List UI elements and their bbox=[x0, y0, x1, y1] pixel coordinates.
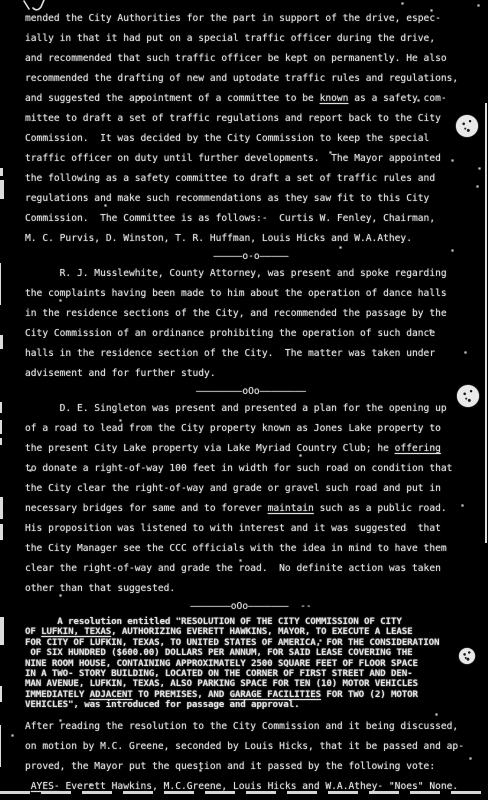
text-line: the present City Lake property via Lake … bbox=[25, 439, 477, 459]
text-line: clear the right-of-way and grade the roa… bbox=[25, 559, 477, 579]
film-edge-mark bbox=[0, 725, 1, 767]
separator: ————————oOo———————— bbox=[25, 384, 477, 399]
film-edge-mark bbox=[0, 335, 3, 349]
paragraph: R. J. Musslewhite, County Attorney, was … bbox=[25, 264, 477, 384]
paragraph: After reading the resolution to the City… bbox=[25, 717, 477, 797]
film-edge-mark bbox=[0, 524, 3, 540]
document-page: mended the City Authorities for the part… bbox=[0, 0, 488, 800]
text-line: Commission. It was decided by the City C… bbox=[25, 129, 477, 149]
text-line: halls in the residence section of the Ci… bbox=[25, 344, 477, 364]
punch-hole bbox=[459, 648, 475, 664]
text-line: advisement and for further study. bbox=[25, 364, 477, 384]
film-noise-specks bbox=[0, 0, 1, 1]
film-edge-mark bbox=[0, 617, 4, 645]
text-line: other than that suggested. bbox=[25, 579, 477, 599]
film-edge-mark bbox=[0, 420, 2, 434]
paragraph: mended the City Authorities for the part… bbox=[25, 9, 477, 249]
text-line: R. J. Musslewhite, County Attorney, was … bbox=[25, 264, 477, 284]
text-line: to donate a right-of-way 100 feet in wid… bbox=[25, 459, 477, 479]
text-line: of a road to lead from the City property… bbox=[25, 419, 477, 439]
text-line: VEHICLES", was introduced for passage an… bbox=[25, 700, 477, 710]
punch-hole bbox=[456, 115, 478, 137]
text-line: His proposition was listened to with int… bbox=[25, 519, 477, 539]
paragraph: D. E. Singleton was present and presente… bbox=[25, 399, 477, 599]
text-line: City Commission of an ordinance prohibit… bbox=[25, 324, 477, 344]
text-line: ially in that it had put on a special tr… bbox=[25, 29, 477, 49]
text-line: traffic officer on duty until further de… bbox=[25, 149, 477, 169]
text-line: the City Manager see the CCC officials w… bbox=[25, 539, 477, 559]
film-edge-mark bbox=[0, 686, 2, 702]
text-line: regulations and make such recommendation… bbox=[25, 189, 477, 209]
punch-hole bbox=[457, 385, 479, 407]
text-line: recommended the drafting of new and upto… bbox=[25, 69, 477, 89]
text-line: necessary bridges for same and to foreve… bbox=[25, 499, 477, 519]
text-line: the City clear the right-of-way and grad… bbox=[25, 479, 477, 499]
separator: —————o-o————— bbox=[25, 249, 477, 264]
text-line: the following as a safety committee to d… bbox=[25, 169, 477, 189]
text-line: the complaints having been made to him a… bbox=[25, 284, 477, 304]
separator: ———————oOo——————— -- bbox=[25, 599, 477, 614]
film-edge-mark bbox=[0, 168, 3, 176]
text-line: and suggested the appointment of a commi… bbox=[25, 89, 477, 109]
text-line: on motion by M.C. Greene, seconded by Lo… bbox=[25, 737, 477, 757]
film-edge-mark bbox=[0, 438, 2, 445]
text-line: Commission. The Committee is as follows:… bbox=[25, 209, 477, 229]
text-line: M. C. Purvis, D. Winston, T. R. Huffman,… bbox=[25, 229, 477, 249]
text-line: in the residence sections of the City, a… bbox=[25, 304, 477, 324]
film-edge-mark bbox=[0, 402, 2, 413]
text-line: and recommended that such traffic office… bbox=[25, 49, 477, 69]
text-line: proved, the Mayor put the question and i… bbox=[25, 757, 477, 777]
text-line: D. E. Singleton was present and presente… bbox=[25, 399, 477, 419]
text-line: OF SIX HUNDRED ($600.00) DOLLARS PER ANN… bbox=[25, 648, 477, 658]
film-edge-mark bbox=[0, 263, 1, 305]
film-edge-line-right bbox=[485, 103, 487, 543]
film-edge-mark bbox=[0, 497, 3, 519]
film-edge-mark bbox=[0, 180, 4, 199]
paragraph: A resolution entitled "RESOLUTION OF THE… bbox=[25, 617, 477, 711]
document-body: mended the City Authorities for the part… bbox=[25, 9, 477, 797]
text-line: mended the City Authorities for the part… bbox=[25, 9, 477, 29]
text-line: After reading the resolution to the City… bbox=[25, 717, 477, 737]
page-bottom-dashed-line bbox=[0, 791, 488, 794]
text-line: mittee to draft a set of traffic regulat… bbox=[25, 109, 477, 129]
